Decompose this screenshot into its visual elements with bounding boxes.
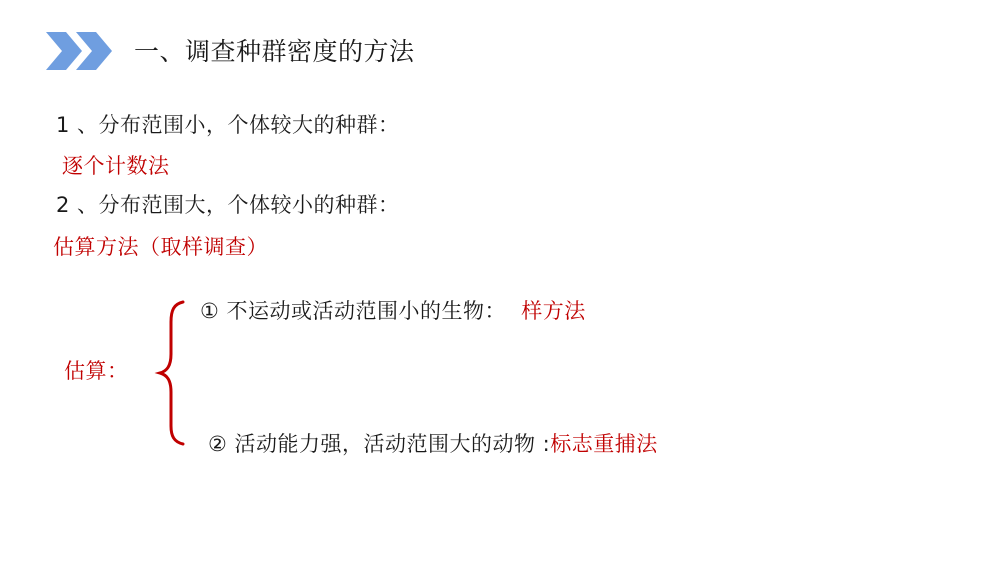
option1-text: ① 不运动或活动范围小的生物： xyxy=(200,299,506,323)
item2-answer: 估算方法（取样调查） xyxy=(53,232,268,262)
slide-title: 一、调查种群密度的方法 xyxy=(134,34,415,70)
option2-answer: 标志重捕法 xyxy=(550,432,658,456)
item2-label: 2 、分布范围大，个体较小的种群： xyxy=(56,190,400,220)
double-chevron-right-icon xyxy=(46,32,114,70)
estimate-option-2: ② 活动能力强，活动范围大的动物 :标志重捕法 xyxy=(208,429,658,459)
item1-answer: 逐个计数法 xyxy=(62,151,170,181)
item1-label: 1 、分布范围小，个体较大的种群： xyxy=(56,110,400,140)
curly-brace-icon xyxy=(150,296,190,448)
option2-text: ② 活动能力强，活动范围大的动物 : xyxy=(208,432,550,456)
option1-answer: 样方法 xyxy=(521,299,586,323)
estimate-option-1: ① 不运动或活动范围小的生物： 样方法 xyxy=(200,296,586,326)
estimate-label: 估算： xyxy=(64,356,129,386)
